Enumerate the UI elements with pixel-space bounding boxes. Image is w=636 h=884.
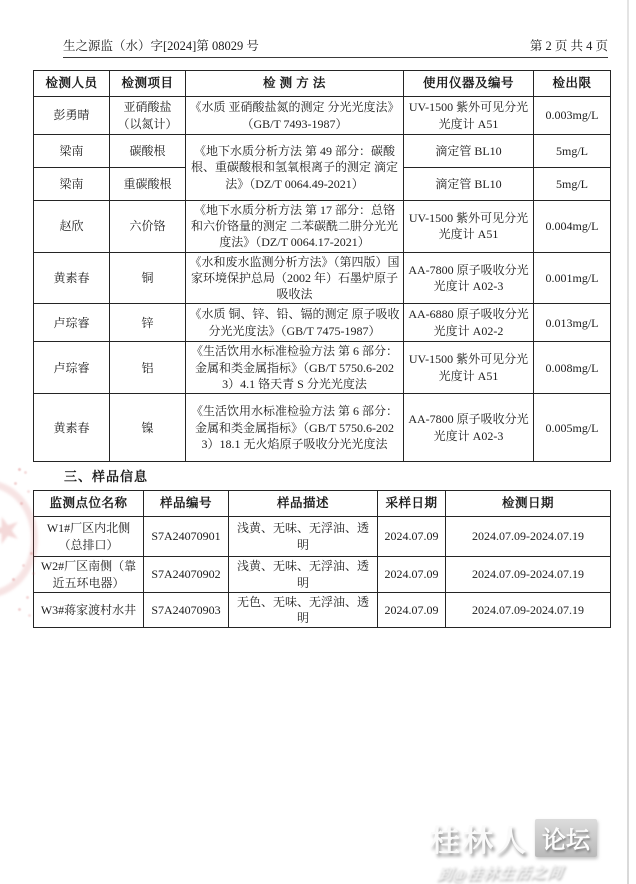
method-row: 赵欣 六价铬 《地下水质分析方法 第 17 部分：总铬和六价铬量的测定 二苯碳酰… bbox=[34, 201, 611, 253]
watermark-text: 桂林人 bbox=[430, 816, 529, 860]
sample-table-header-row: 监测点位名称 样品编号 样品描述 采样日期 检测日期 bbox=[34, 491, 611, 517]
scanned-report-page: 生之源监（水）字[2024]第 08029 号 第 2 页 共 4 页 检测人员… bbox=[0, 0, 636, 884]
col-header-method: 检 测 方 法 bbox=[186, 71, 404, 97]
cell-limit: 5mg/L bbox=[534, 168, 611, 201]
cell-item: 铝 bbox=[110, 342, 186, 394]
cell-method: 《水质 亚硝酸盐氮的测定 分光光度法》（GB/T 7493-1987） bbox=[186, 97, 404, 135]
watermark-forum-badge: 论坛 bbox=[535, 819, 597, 857]
method-table: 检测人员 检测项目 检 测 方 法 使用仪器及编号 检出限 彭勇晴 亚硝酸盐（以… bbox=[33, 70, 611, 462]
cell-code: S7A24070902 bbox=[144, 557, 229, 593]
cell-limit: 5mg/L bbox=[534, 135, 611, 168]
cell-site: W1#厂区内北侧（总排口） bbox=[34, 517, 144, 557]
sample-table: 监测点位名称 样品编号 样品描述 采样日期 检测日期 W1#厂区内北侧（总排口）… bbox=[33, 490, 611, 628]
col-header-item: 检测项目 bbox=[110, 71, 186, 97]
cell-limit: 0.013mg/L bbox=[534, 304, 611, 342]
col-header-site: 监测点位名称 bbox=[34, 491, 144, 517]
cell-method: 《水质 铜、锌、铅、镉的测定 原子吸收分光光度法》（GB/T 7475-1987… bbox=[186, 304, 404, 342]
cell-person: 卢琮睿 bbox=[34, 304, 110, 342]
cell-method: 《生活饮用水标准检验方法 第 6 部分：金属和类金属指标》（GB/T 5750.… bbox=[186, 342, 404, 394]
cell-limit: 0.008mg/L bbox=[534, 342, 611, 394]
stamp-speckles bbox=[18, 468, 21, 471]
cell-test-date: 2024.07.09-2024.07.19 bbox=[446, 517, 611, 557]
cell-instrument: UV-1500 紫外可见分光光度计 A51 bbox=[404, 201, 534, 253]
watermark: 桂林人 论坛 到@桂林生活之间 bbox=[430, 816, 620, 883]
watermark-subtext: 到@桂林生活之间 bbox=[436, 860, 622, 884]
method-row: 卢琮睿 铝 《生活饮用水标准检验方法 第 6 部分：金属和类金属指标》（GB/T… bbox=[34, 342, 611, 394]
cell-instrument: 滴定管 BL10 bbox=[404, 135, 534, 168]
cell-method: 《生活饮用水标准检验方法 第 6 部分：金属和类金属指标》（GB/T 5750.… bbox=[186, 394, 404, 462]
col-header-desc: 样品描述 bbox=[229, 491, 378, 517]
cell-method-merged: 《地下水质分析方法 第 49 部分：碳酸根、重碳酸根和氢氧根离子的测定 滴定法》… bbox=[186, 135, 404, 201]
cell-item: 锌 bbox=[110, 304, 186, 342]
section-title-sample-info: 三、样品信息 bbox=[64, 466, 148, 485]
cell-item: 六价铬 bbox=[110, 201, 186, 253]
sample-row: W2#厂区南侧（靠近五环电器） S7A24070902 浅黄、无味、无浮油、透明… bbox=[34, 557, 611, 593]
cell-person: 黄素春 bbox=[34, 394, 110, 462]
cell-item: 亚硝酸盐（以氮计） bbox=[110, 97, 186, 135]
cell-person: 赵欣 bbox=[34, 201, 110, 253]
method-table-header-row: 检测人员 检测项目 检 测 方 法 使用仪器及编号 检出限 bbox=[34, 71, 611, 97]
page-header: 生之源监（水）字[2024]第 08029 号 第 2 页 共 4 页 bbox=[63, 36, 608, 58]
cell-desc: 浅黄、无味、无浮油、透明 bbox=[229, 517, 378, 557]
cell-site: W2#厂区南侧（靠近五环电器） bbox=[34, 557, 144, 593]
cell-sample-date: 2024.07.09 bbox=[378, 593, 446, 628]
cell-item: 铜 bbox=[110, 252, 186, 304]
method-row: 彭勇晴 亚硝酸盐（以氮计） 《水质 亚硝酸盐氮的测定 分光光度法》（GB/T 7… bbox=[34, 97, 611, 135]
cell-instrument: UV-1500 紫外可见分光光度计 A51 bbox=[404, 342, 534, 394]
cell-person: 彭勇晴 bbox=[34, 97, 110, 135]
page-info: 第 2 页 共 4 页 bbox=[530, 36, 608, 54]
cell-sample-date: 2024.07.09 bbox=[378, 517, 446, 557]
cell-test-date: 2024.07.09-2024.07.19 bbox=[446, 557, 611, 593]
cell-limit: 0.001mg/L bbox=[534, 252, 611, 304]
cell-code: S7A24070903 bbox=[144, 593, 229, 628]
col-header-limit: 检出限 bbox=[534, 71, 611, 97]
cell-instrument: AA-7800 原子吸收分光光度计 A02-3 bbox=[404, 394, 534, 462]
col-header-sample-date: 采样日期 bbox=[378, 491, 446, 517]
cell-item: 重碳酸根 bbox=[110, 168, 186, 201]
cell-limit: 0.003mg/L bbox=[534, 97, 611, 135]
cell-instrument: AA-6880 原子吸收分光光度计 A02-2 bbox=[404, 304, 534, 342]
cell-method: 《地下水质分析方法 第 17 部分：总铬和六价铬量的测定 二苯碳酰二肼分光光度法… bbox=[186, 201, 404, 253]
cell-method: 《水和废水监测分析方法》（第四版）国家环境保护总局（2002 年）石墨炉原子吸收… bbox=[186, 252, 404, 304]
method-row: 卢琮睿 锌 《水质 铜、锌、铅、镉的测定 原子吸收分光光度法》（GB/T 747… bbox=[34, 304, 611, 342]
cell-code: S7A24070901 bbox=[144, 517, 229, 557]
cell-person: 卢琮睿 bbox=[34, 342, 110, 394]
cell-instrument: AA-7800 原子吸收分光光度计 A02-3 bbox=[404, 252, 534, 304]
method-row: 黄素春 铜 《水和废水监测分析方法》（第四版）国家环境保护总局（2002 年）石… bbox=[34, 252, 611, 304]
cell-item: 镍 bbox=[110, 394, 186, 462]
cell-sample-date: 2024.07.09 bbox=[378, 557, 446, 593]
cell-desc: 浅黄、无味、无浮油、透明 bbox=[229, 557, 378, 593]
col-header-instrument: 使用仪器及编号 bbox=[404, 71, 534, 97]
sample-row: W1#厂区内北侧（总排口） S7A24070901 浅黄、无味、无浮油、透明 2… bbox=[34, 517, 611, 557]
cell-item: 碳酸根 bbox=[110, 135, 186, 168]
method-row: 黄素春 镍 《生活饮用水标准检验方法 第 6 部分：金属和类金属指标》（GB/T… bbox=[34, 394, 611, 462]
col-header-test-date: 检测日期 bbox=[446, 491, 611, 517]
col-header-code: 样品编号 bbox=[144, 491, 229, 517]
cell-limit: 0.005mg/L bbox=[534, 394, 611, 462]
cell-person: 梁南 bbox=[34, 135, 110, 168]
cell-desc: 无色、无味、无浮油、透明 bbox=[229, 593, 378, 628]
cell-site: W3#蒋家渡村水井 bbox=[34, 593, 144, 628]
cell-person: 黄素春 bbox=[34, 252, 110, 304]
cell-instrument: 滴定管 BL10 bbox=[404, 168, 534, 201]
page-edge-line bbox=[627, 0, 629, 884]
stamp-star-icon: ★ bbox=[0, 506, 28, 555]
sample-row: W3#蒋家渡村水井 S7A24070903 无色、无味、无浮油、透明 2024.… bbox=[34, 593, 611, 628]
cell-instrument: UV-1500 紫外可见分光光度计 A51 bbox=[404, 97, 534, 135]
doc-number: 生之源监（水）字[2024]第 08029 号 bbox=[63, 36, 259, 54]
cell-person: 梁南 bbox=[34, 168, 110, 201]
method-row: 梁南 碳酸根 《地下水质分析方法 第 49 部分：碳酸根、重碳酸根和氢氧根离子的… bbox=[34, 135, 611, 168]
cell-limit: 0.004mg/L bbox=[534, 201, 611, 253]
cell-test-date: 2024.07.09-2024.07.19 bbox=[446, 593, 611, 628]
col-header-person: 检测人员 bbox=[34, 71, 110, 97]
